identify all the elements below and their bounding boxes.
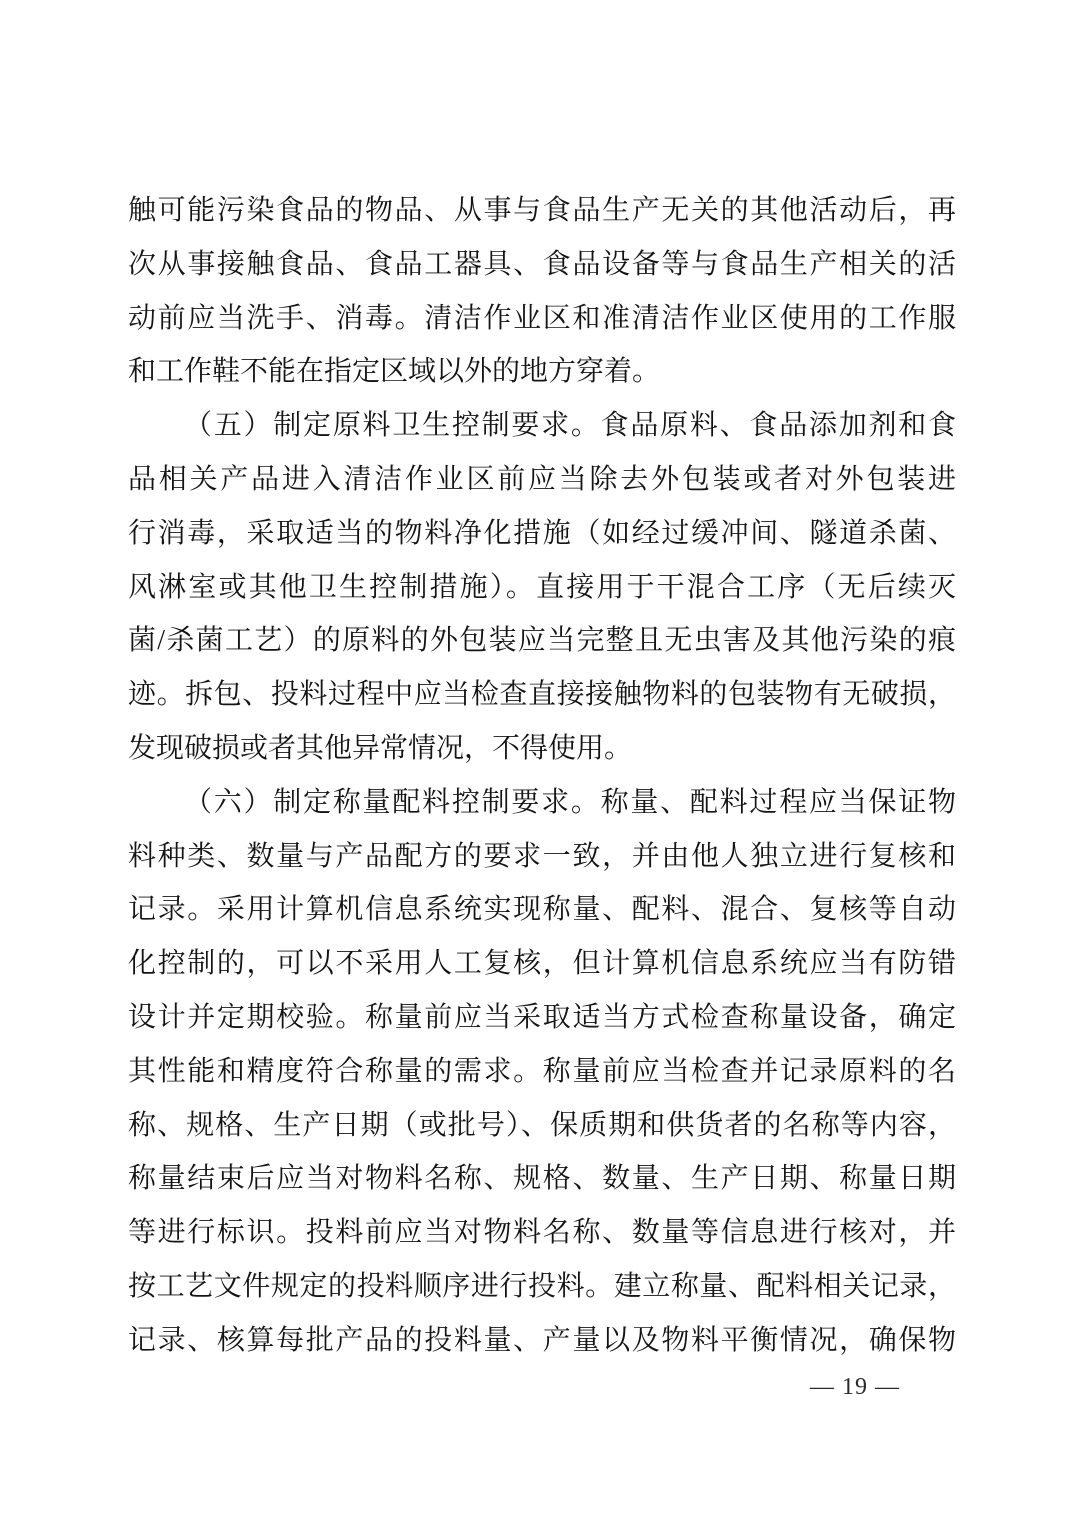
- text-line: 风淋室或其他卫生控制措施）。直接用于干混合工序（无后续灭: [128, 561, 956, 615]
- text-line: 和工作鞋不能在指定区域以外的地方穿着。: [128, 345, 956, 399]
- text-line: 称量结束后应当对物料名称、规格、数量、生产日期、称量日期: [128, 1152, 956, 1206]
- text-line: 设计并定期校验。称量前应当采取适当方式检查称量设备，确定: [128, 991, 956, 1045]
- text-line: 等进行标识。投料前应当对物料名称、数量等信息进行核对，并: [128, 1206, 956, 1260]
- page-number: — 19 —: [810, 1372, 930, 1402]
- text-line: 称、规格、生产日期（或批号）、保质期和供货者的名称等内容，: [128, 1099, 956, 1153]
- document-body: 触可能污染食品的物品、从事与食品生产无关的其他活动后，再次从事接触食品、食品工器…: [128, 184, 956, 1368]
- text-line: 品相关产品进入清洁作业区前应当除去外包装或者对外包装进: [128, 453, 956, 507]
- text-line: 动前应当洗手、消毒。清洁作业区和准清洁作业区使用的工作服: [128, 292, 956, 346]
- document-page: 触可能污染食品的物品、从事与食品生产无关的其他活动后，再次从事接触食品、食品工器…: [0, 0, 1080, 1527]
- text-line: 行消毒，采取适当的物料净化措施（如经过缓冲间、隧道杀菌、: [128, 507, 956, 561]
- text-line: 记录、核算每批产品的投料量、产量以及物料平衡情况，确保物: [128, 1314, 956, 1368]
- text-line: （五）制定原料卫生控制要求。食品原料、食品添加剂和食: [128, 399, 956, 453]
- text-line: 次从事接触食品、食品工器具、食品设备等与食品生产相关的活: [128, 238, 956, 292]
- text-line: 记录。采用计算机信息系统实现称量、配料、混合、复核等自动: [128, 883, 956, 937]
- text-line: 触可能污染食品的物品、从事与食品生产无关的其他活动后，再: [128, 184, 956, 238]
- text-line: 菌/杀菌工艺）的原料的外包装应当完整且无虫害及其他污染的痕: [128, 614, 956, 668]
- text-line: 化控制的，可以不采用人工复核，但计算机信息系统应当有防错: [128, 937, 956, 991]
- text-line: 按工艺文件规定的投料顺序进行投料。建立称量、配料相关记录，: [128, 1260, 956, 1314]
- text-line: （六）制定称量配料控制要求。称量、配料过程应当保证物: [128, 776, 956, 830]
- text-line: 料种类、数量与产品配方的要求一致，并由他人独立进行复核和: [128, 830, 956, 884]
- text-line: 迹。拆包、投料过程中应当检查直接接触物料的包装物有无破损，: [128, 668, 956, 722]
- text-line: 发现破损或者其他异常情况，不得使用。: [128, 722, 956, 776]
- text-line: 其性能和精度符合称量的需求。称量前应当检查并记录原料的名: [128, 1045, 956, 1099]
